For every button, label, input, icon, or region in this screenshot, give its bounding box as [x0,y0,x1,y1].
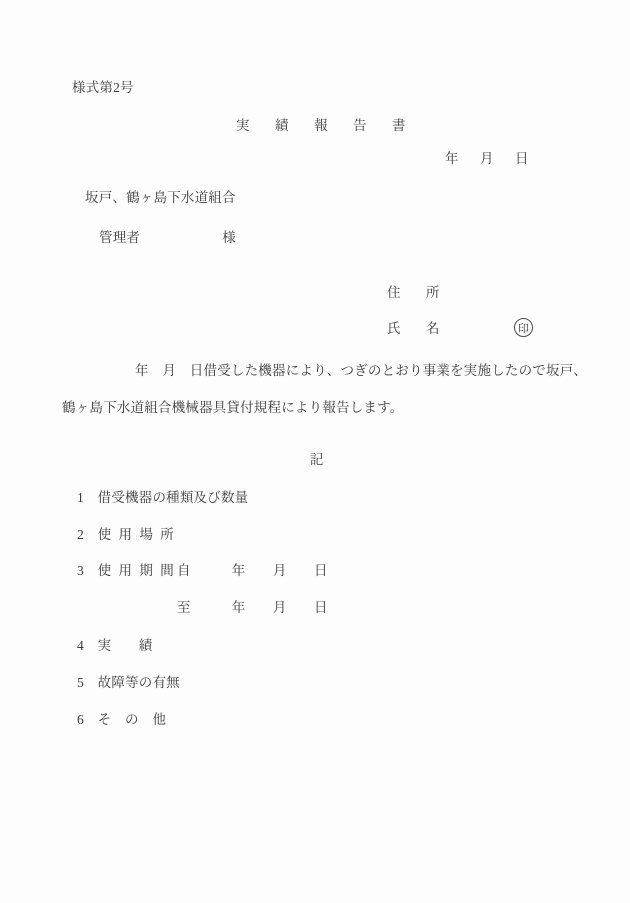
seal-stamp-icon: 印 [514,318,533,337]
body-paragraph-line-2: 鶴ヶ島下水道組合機械器具貸付規程により報告します。 [62,399,403,416]
list-item-3-period-from: 自 年 月 日 [177,562,328,579]
organization-name: 坂戸、鶴ヶ島下水道組合 [85,189,236,206]
date-line: 年 月 日 [445,150,533,167]
addressee-line: 管理者 様 [99,229,236,246]
document-page: 様式第2号 実 績 報 告 書 年 月 日 坂戸、鶴ヶ島下水道組合 管理者 様 … [0,0,630,903]
list-item-6: 6 そ の 他 [77,711,166,728]
list-item-2: 2 使 用 場 所 [77,526,174,543]
list-item-3-period-to: 至 年 月 日 [177,599,328,616]
seal-stamp-label: 印 [518,320,529,336]
body-paragraph-line-1: 年 月 日借受した機器により、つぎのとおり事業を実施したので坂戸、 [135,362,587,379]
list-item-4: 4 実 績 [77,637,152,654]
list-item-3: 3 使 用 期 間 [77,562,174,579]
name-label: 氏 名 [387,320,446,337]
list-item-1: 1 借受機器の種類及び数量 [77,489,248,506]
list-item-5: 5 故障等の有無 [77,674,180,691]
address-label: 住 所 [387,284,446,301]
document-title: 実 績 報 告 書 [236,117,412,134]
list-heading: 記 [310,451,324,468]
form-number: 様式第2号 [72,79,134,96]
